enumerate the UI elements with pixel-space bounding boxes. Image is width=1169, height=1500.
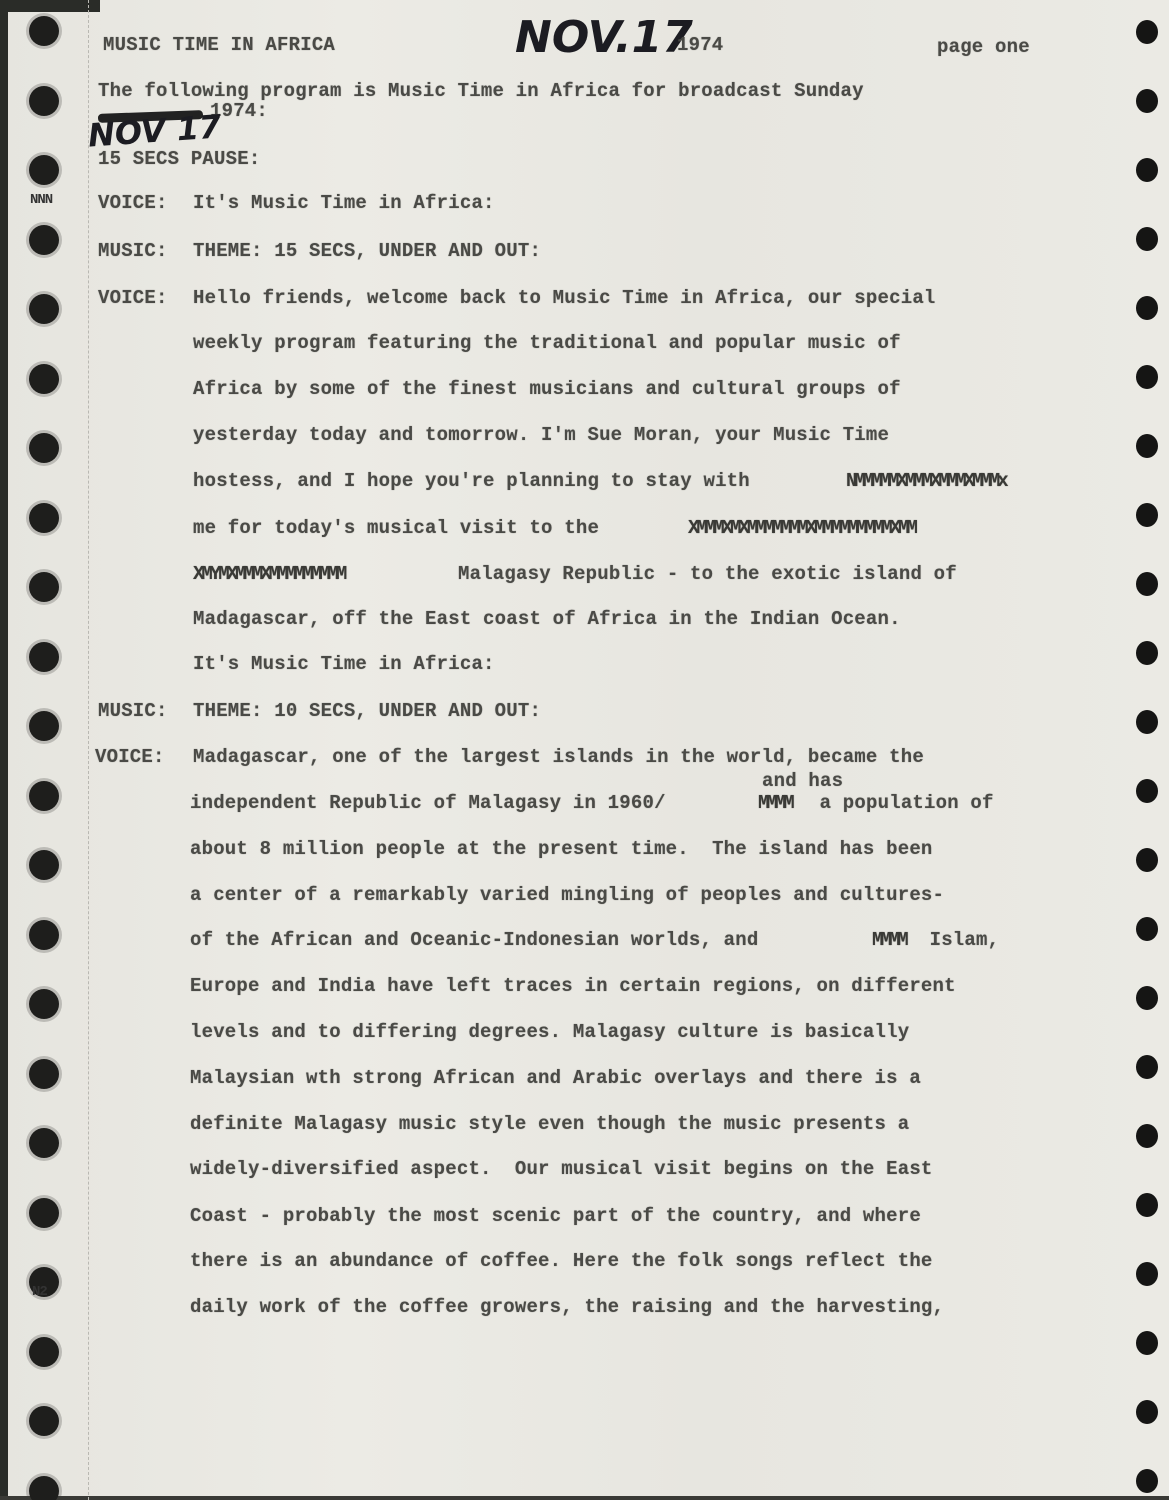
- cue-label: MUSIC:: [98, 240, 168, 262]
- tractor-hole: [29, 1406, 59, 1436]
- cue-label: VOICE:: [98, 287, 168, 309]
- intro-line: The following program is Music Time in A…: [98, 80, 864, 102]
- script-line: weekly program featuring the traditional…: [193, 332, 901, 354]
- script-line: a center of a remarkably varied mingling…: [190, 884, 944, 906]
- tractor-hole: [29, 294, 59, 324]
- document-page: NNN N2 MUSIC TIME IN AFRICA NOV.17 1974 …: [0, 0, 1169, 1500]
- script-line: Islam,: [918, 929, 999, 951]
- script-line: Malaysian wth strong African and Arabic …: [190, 1067, 921, 1089]
- xed-out-text: XMMMXMXMMMMMMMXMMMMMMMMMXMM: [688, 517, 915, 539]
- script-line: Coast - probably the most scenic part of…: [190, 1205, 921, 1227]
- tractor-hole: [29, 16, 59, 46]
- script-line: Malagasy Republic - to the exotic island…: [458, 563, 957, 585]
- tractor-hole: [29, 503, 59, 533]
- tractor-hole: [1136, 986, 1158, 1010]
- cue-label: VOICE:: [98, 192, 168, 214]
- tractor-hole: [29, 155, 59, 185]
- tractor-hole: [1136, 1193, 1158, 1217]
- page-edge-top: [0, 0, 100, 12]
- script-line: Madagascar, one of the largest islands i…: [193, 746, 924, 768]
- xed-out-text: XMYMXMMMXMMMMMMMMM: [193, 563, 344, 585]
- tractor-hole: [29, 572, 59, 602]
- tractor-hole: [1136, 641, 1158, 665]
- script-line: levels and to differing degrees. Malagas…: [190, 1021, 909, 1043]
- tractor-hole: [29, 433, 59, 463]
- tractor-hole: [29, 1476, 59, 1500]
- tractor-hole: [1136, 1400, 1158, 1424]
- xed-out-text: MMMM: [872, 929, 906, 951]
- tractor-hole: [29, 1128, 59, 1158]
- tractor-hole: [29, 86, 59, 116]
- script-line: yesterday today and tomorrow. I'm Sue Mo…: [193, 424, 889, 446]
- tractor-hole: [1136, 917, 1158, 941]
- script-line: 15 SECS PAUSE:: [98, 148, 260, 170]
- program-title: MUSIC TIME IN AFRICA: [103, 34, 335, 56]
- margin-mark: NNN: [30, 192, 52, 208]
- tractor-hole: [1136, 848, 1158, 872]
- handwritten-date: NOV.17: [515, 12, 693, 63]
- page-edge-bottom: [0, 1496, 1169, 1500]
- tractor-hole: [29, 225, 59, 255]
- script-line: Africa by some of the finest musicians a…: [193, 378, 901, 400]
- script-line: a population of: [808, 792, 994, 814]
- script-line: THEME: 15 SECS, UNDER AND OUT:: [193, 240, 541, 262]
- script-line: independent Republic of Malagasy in 1960…: [190, 792, 666, 814]
- tractor-hole: [29, 642, 59, 672]
- tractor-hole: [1136, 296, 1158, 320]
- inserted-text: and has: [762, 770, 843, 792]
- script-line: there is an abundance of coffee. Here th…: [190, 1250, 933, 1272]
- tractor-hole: [1136, 227, 1158, 251]
- xed-out-text: MMMM: [758, 792, 792, 814]
- tractor-hole: [1136, 1055, 1158, 1079]
- perforation-line: [88, 0, 89, 1500]
- tractor-hole: [1136, 1124, 1158, 1148]
- tractor-hole: [1136, 158, 1158, 182]
- xed-out-text: NMMMMMXMMMXMMMXMMMx: [846, 470, 1006, 492]
- margin-mark: N2: [32, 1284, 47, 1300]
- script-line: It's Music Time in Africa:: [193, 192, 495, 214]
- script-line: Europe and India have left traces in cer…: [190, 975, 956, 997]
- tractor-hole: [1136, 89, 1158, 113]
- script-line: about 8 million people at the present ti…: [190, 838, 933, 860]
- tractor-hole: [1136, 1262, 1158, 1286]
- script-line: It's Music Time in Africa:: [193, 653, 495, 675]
- tractor-hole: [1136, 20, 1158, 44]
- tractor-hole: [29, 364, 59, 394]
- tractor-hole: [29, 1059, 59, 1089]
- tractor-hole: [29, 781, 59, 811]
- cue-label: MUSIC:: [98, 700, 168, 722]
- tractor-hole: [1136, 710, 1158, 734]
- script-line: widely-diversified aspect. Our musical v…: [190, 1158, 933, 1180]
- script-line: Hello friends, welcome back to Music Tim…: [193, 287, 936, 309]
- script-line: of the African and Oceanic-Indonesian wo…: [190, 929, 759, 951]
- tractor-hole: [1136, 779, 1158, 803]
- tractor-hole: [1136, 572, 1158, 596]
- tractor-hole: [29, 1337, 59, 1367]
- tractor-hole: [1136, 503, 1158, 527]
- tractor-hole: [29, 989, 59, 1019]
- tractor-hole: [29, 850, 59, 880]
- tractor-hole: [29, 1198, 59, 1228]
- script-line: Madagascar, off the East coast of Africa…: [193, 608, 901, 630]
- page-edge: [0, 0, 8, 1500]
- page-label: page one: [937, 36, 1030, 58]
- tractor-hole: [29, 920, 59, 950]
- tractor-hole: [1136, 365, 1158, 389]
- script-line: THEME: 10 SECS, UNDER AND OUT:: [193, 700, 541, 722]
- date-year: 1974: [677, 34, 723, 56]
- script-line: hostess, and I hope you're planning to s…: [193, 470, 750, 492]
- script-line: me for today's musical visit to the: [193, 517, 599, 539]
- tractor-hole: [29, 711, 59, 741]
- tractor-hole: [1136, 1469, 1158, 1493]
- tractor-hole: [1136, 434, 1158, 458]
- cue-label: VOICE:: [95, 746, 165, 768]
- tractor-hole: [1136, 1331, 1158, 1355]
- script-line: daily work of the coffee growers, the ra…: [190, 1296, 944, 1318]
- script-line: definite Malagasy music style even thoug…: [190, 1113, 909, 1135]
